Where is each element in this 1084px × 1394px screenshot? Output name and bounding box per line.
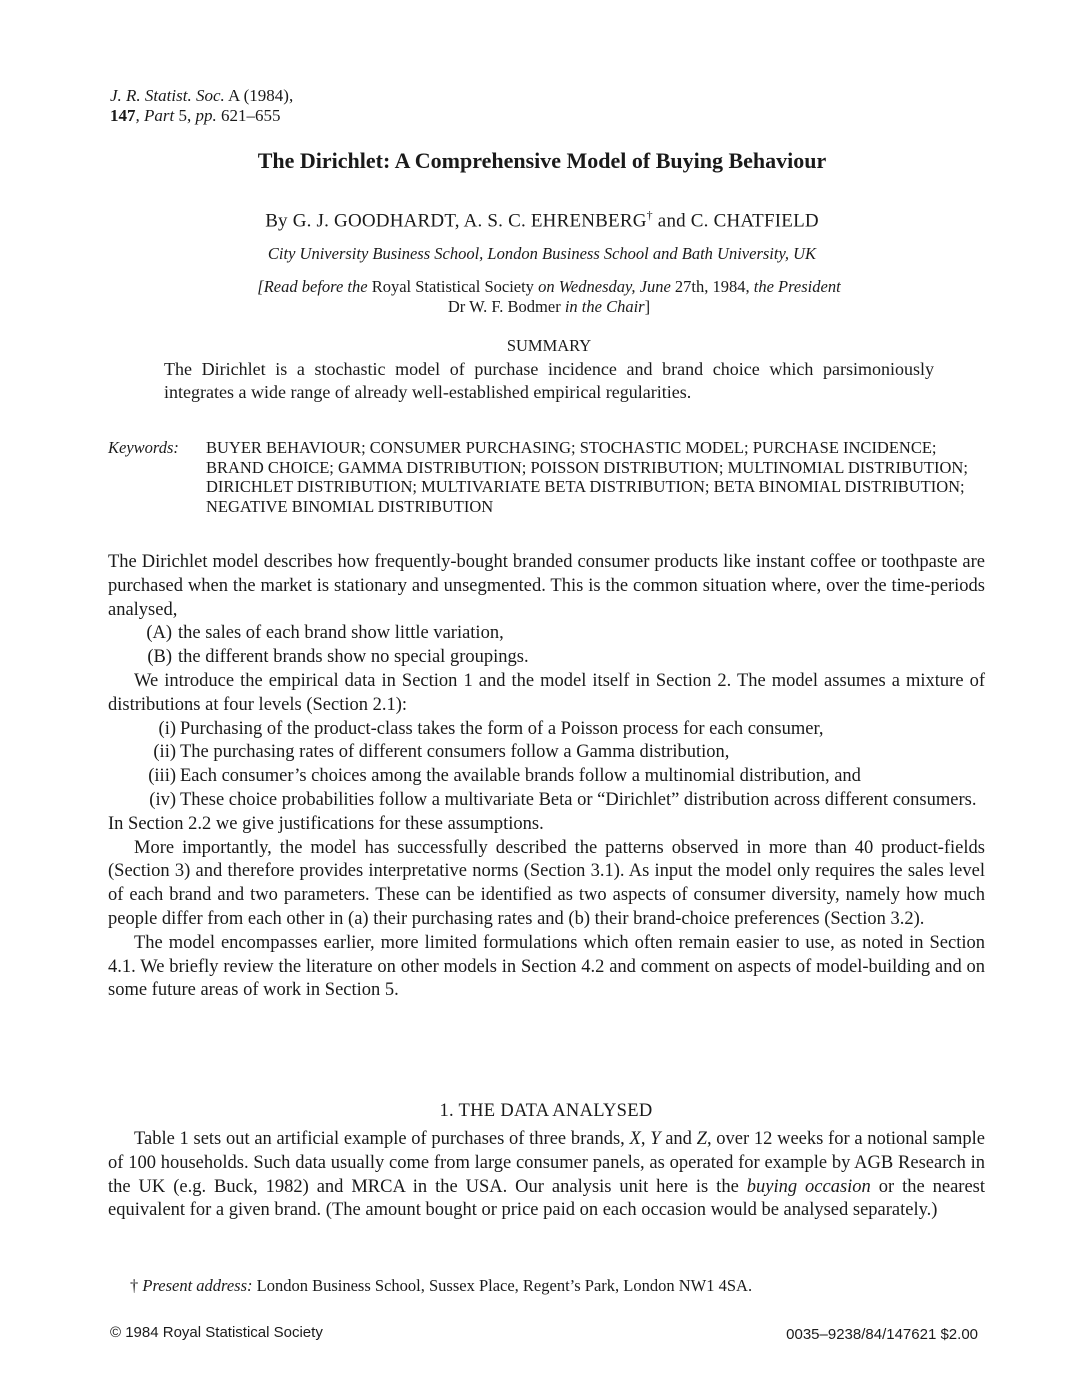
list-text: Each consumer’s choices among the availa… (180, 766, 861, 786)
list-marker: (iii) (132, 765, 176, 789)
paper-title: The Dirichlet: A Comprehensive Model of … (0, 148, 1084, 174)
brand-x: X (630, 1129, 641, 1149)
list-marker: (iv) (132, 789, 176, 813)
text-run: , (641, 1129, 650, 1149)
list-marker: (A) (108, 622, 172, 646)
intro-paragraph-2: We introduce the empirical data in Secti… (108, 670, 985, 718)
condition-item: (B)the different brands show no special … (108, 646, 985, 670)
affiliation: City University Business School, London … (0, 244, 1084, 264)
journal-citation: J. R. Statist. Soc. A (1984), 147, Part … (110, 86, 293, 126)
series-year: A (1984), (225, 86, 293, 105)
level-item: (iv)These choice probabilities follow a … (108, 789, 985, 813)
section-1-paragraph: Table 1 sets out an artificial example o… (108, 1128, 985, 1223)
list-marker: (ii) (132, 741, 176, 765)
authors: By G. J. GOODHARDT, A. S. C. EHRENBERG† … (0, 208, 1084, 232)
brand-z: Z (697, 1129, 707, 1149)
summary-text: The Dirichlet is a stochastic model of p… (164, 358, 934, 403)
president-text: the President (754, 277, 841, 296)
brand-y: Y (650, 1129, 660, 1149)
part-number: 5, (174, 106, 195, 125)
read-before-note: [Read before the Royal Statistical Socie… (0, 277, 1084, 317)
date-value: 27th, 1984, (671, 277, 754, 296)
authors-last: and C. CHATFIELD (653, 210, 819, 231)
list-text: Purchasing of the product-class takes th… (180, 719, 824, 739)
introduction: The Dirichlet model describes how freque… (108, 551, 985, 1003)
dagger-icon: † (130, 1276, 142, 1295)
footnote-text: London Business School, Sussex Place, Re… (253, 1276, 753, 1295)
emphasis: buying occasion (747, 1177, 871, 1197)
pages: 621–655 (217, 106, 281, 125)
keywords-label: Keywords: (108, 438, 179, 458)
level-item: (i)Purchasing of the product-class takes… (108, 718, 985, 742)
summary-heading: SUMMARY (0, 336, 1084, 356)
intro-paragraph-5: The model encompasses earlier, more limi… (108, 932, 985, 1003)
read-before-line-1: [Read before the Royal Statistical Socie… (0, 277, 1084, 297)
list-marker: (i) (132, 718, 176, 742)
section-heading: 1. THE DATA ANALYSED (0, 1101, 1084, 1122)
chair-text: in the Chair (565, 297, 645, 316)
footnote: † Present address: London Business Schoo… (130, 1276, 752, 1296)
pages-label: pp. (195, 106, 216, 125)
intro-paragraph-3: In Section 2.2 we give justifications fo… (108, 813, 985, 837)
copyright: © 1984 Royal Statistical Society (110, 1324, 323, 1341)
list-text: These choice probabilities follow a mult… (180, 790, 976, 810)
journal-name: J. R. Statist. Soc. (110, 86, 225, 105)
part-label: , Part (136, 106, 175, 125)
date-text: on Wednesday, June (538, 277, 671, 296)
intro-paragraph-4: More importantly, the model has successf… (108, 837, 985, 932)
closing-bracket: ] (645, 297, 651, 316)
list-text: the different brands show no special gro… (178, 647, 529, 667)
text-run: and (660, 1129, 696, 1149)
list-marker: (B) (108, 646, 172, 670)
list-text: the sales of each brand show little vari… (178, 623, 504, 643)
society-name: Royal Statistical Society (368, 277, 538, 296)
authors-list: By G. J. GOODHARDT, A. S. C. EHRENBERG (265, 210, 646, 231)
chair-name: Dr W. F. Bodmer (448, 297, 565, 316)
list-text: The purchasing rates of different consum… (180, 742, 729, 762)
intro-paragraph-1: The Dirichlet model describes how freque… (108, 551, 985, 622)
citation-line-1: J. R. Statist. Soc. A (1984), (110, 86, 293, 106)
article-code: 0035–9238/84/147621 $2.00 (786, 1326, 978, 1343)
read-before-text: [Read before the (257, 277, 367, 296)
volume: 147 (110, 106, 136, 125)
citation-line-2: 147, Part 5, pp. 621–655 (110, 106, 293, 126)
level-item: (iii)Each consumer’s choices among the a… (108, 765, 985, 789)
footnote-label: Present address: (142, 1276, 252, 1295)
read-before-line-2: Dr W. F. Bodmer in the Chair] (0, 297, 1084, 317)
level-item: (ii)The purchasing rates of different co… (108, 741, 985, 765)
text-run: Table 1 sets out an artificial example o… (134, 1129, 630, 1149)
condition-item: (A)the sales of each brand show little v… (108, 622, 985, 646)
keywords-list: BUYER BEHAVIOUR; CONSUMER PURCHASING; ST… (206, 438, 986, 516)
